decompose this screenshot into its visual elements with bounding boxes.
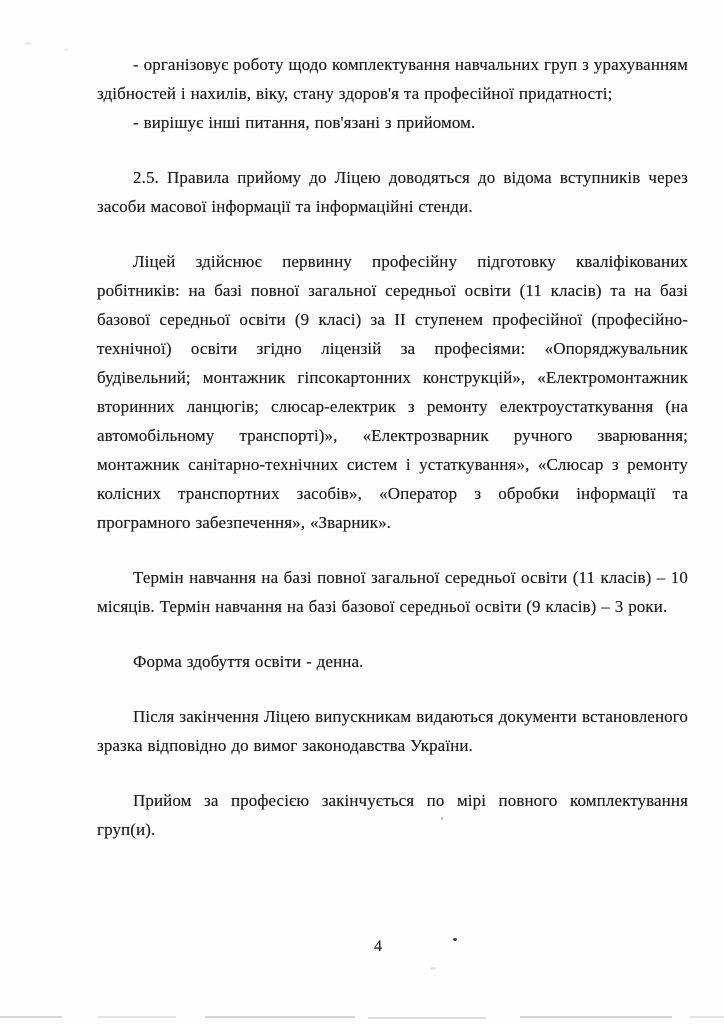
scanned-document-page: - організовує роботу щодо комплектування… [0, 0, 724, 1024]
page-number: 4 [16, 938, 724, 956]
scan-speck [25, 42, 31, 45]
scan-speck [441, 817, 443, 820]
scan-edge-artifact [520, 1016, 672, 1018]
paragraph-education-form: Форма здобуття освіти - денна. [97, 647, 688, 676]
scan-speck [430, 967, 436, 970]
paragraph-graduation-documents: Після закінчення Ліцею випускникам видаю… [97, 702, 688, 760]
scan-edge-artifact [205, 1016, 355, 1018]
document-text-block: - організовує роботу щодо комплектування… [97, 50, 688, 844]
scan-edge-artifact [0, 1016, 62, 1018]
scan-speck [453, 938, 457, 941]
scan-edge-artifact [690, 1016, 724, 1018]
paragraph-study-terms: Термін навчання на базі повної загальної… [97, 563, 688, 621]
paragraph-other-questions: - вирішує інші питання, пов'язані з прий… [97, 108, 688, 137]
scan-edge-artifact [98, 1016, 176, 1018]
scan-speck [64, 48, 68, 51]
scan-edge-artifact [368, 1017, 486, 1019]
paragraph-licey-professions: Ліцей здійснює первинну професійну підго… [97, 247, 688, 537]
paragraph-rules-2-5: 2.5. Правила прийому до Ліцею доводяться… [97, 163, 688, 221]
paragraph-admission-completion: Прийом за професією закінчується по мірі… [97, 786, 688, 844]
paragraph-duty-groups: - організовує роботу щодо комплектування… [97, 50, 688, 108]
